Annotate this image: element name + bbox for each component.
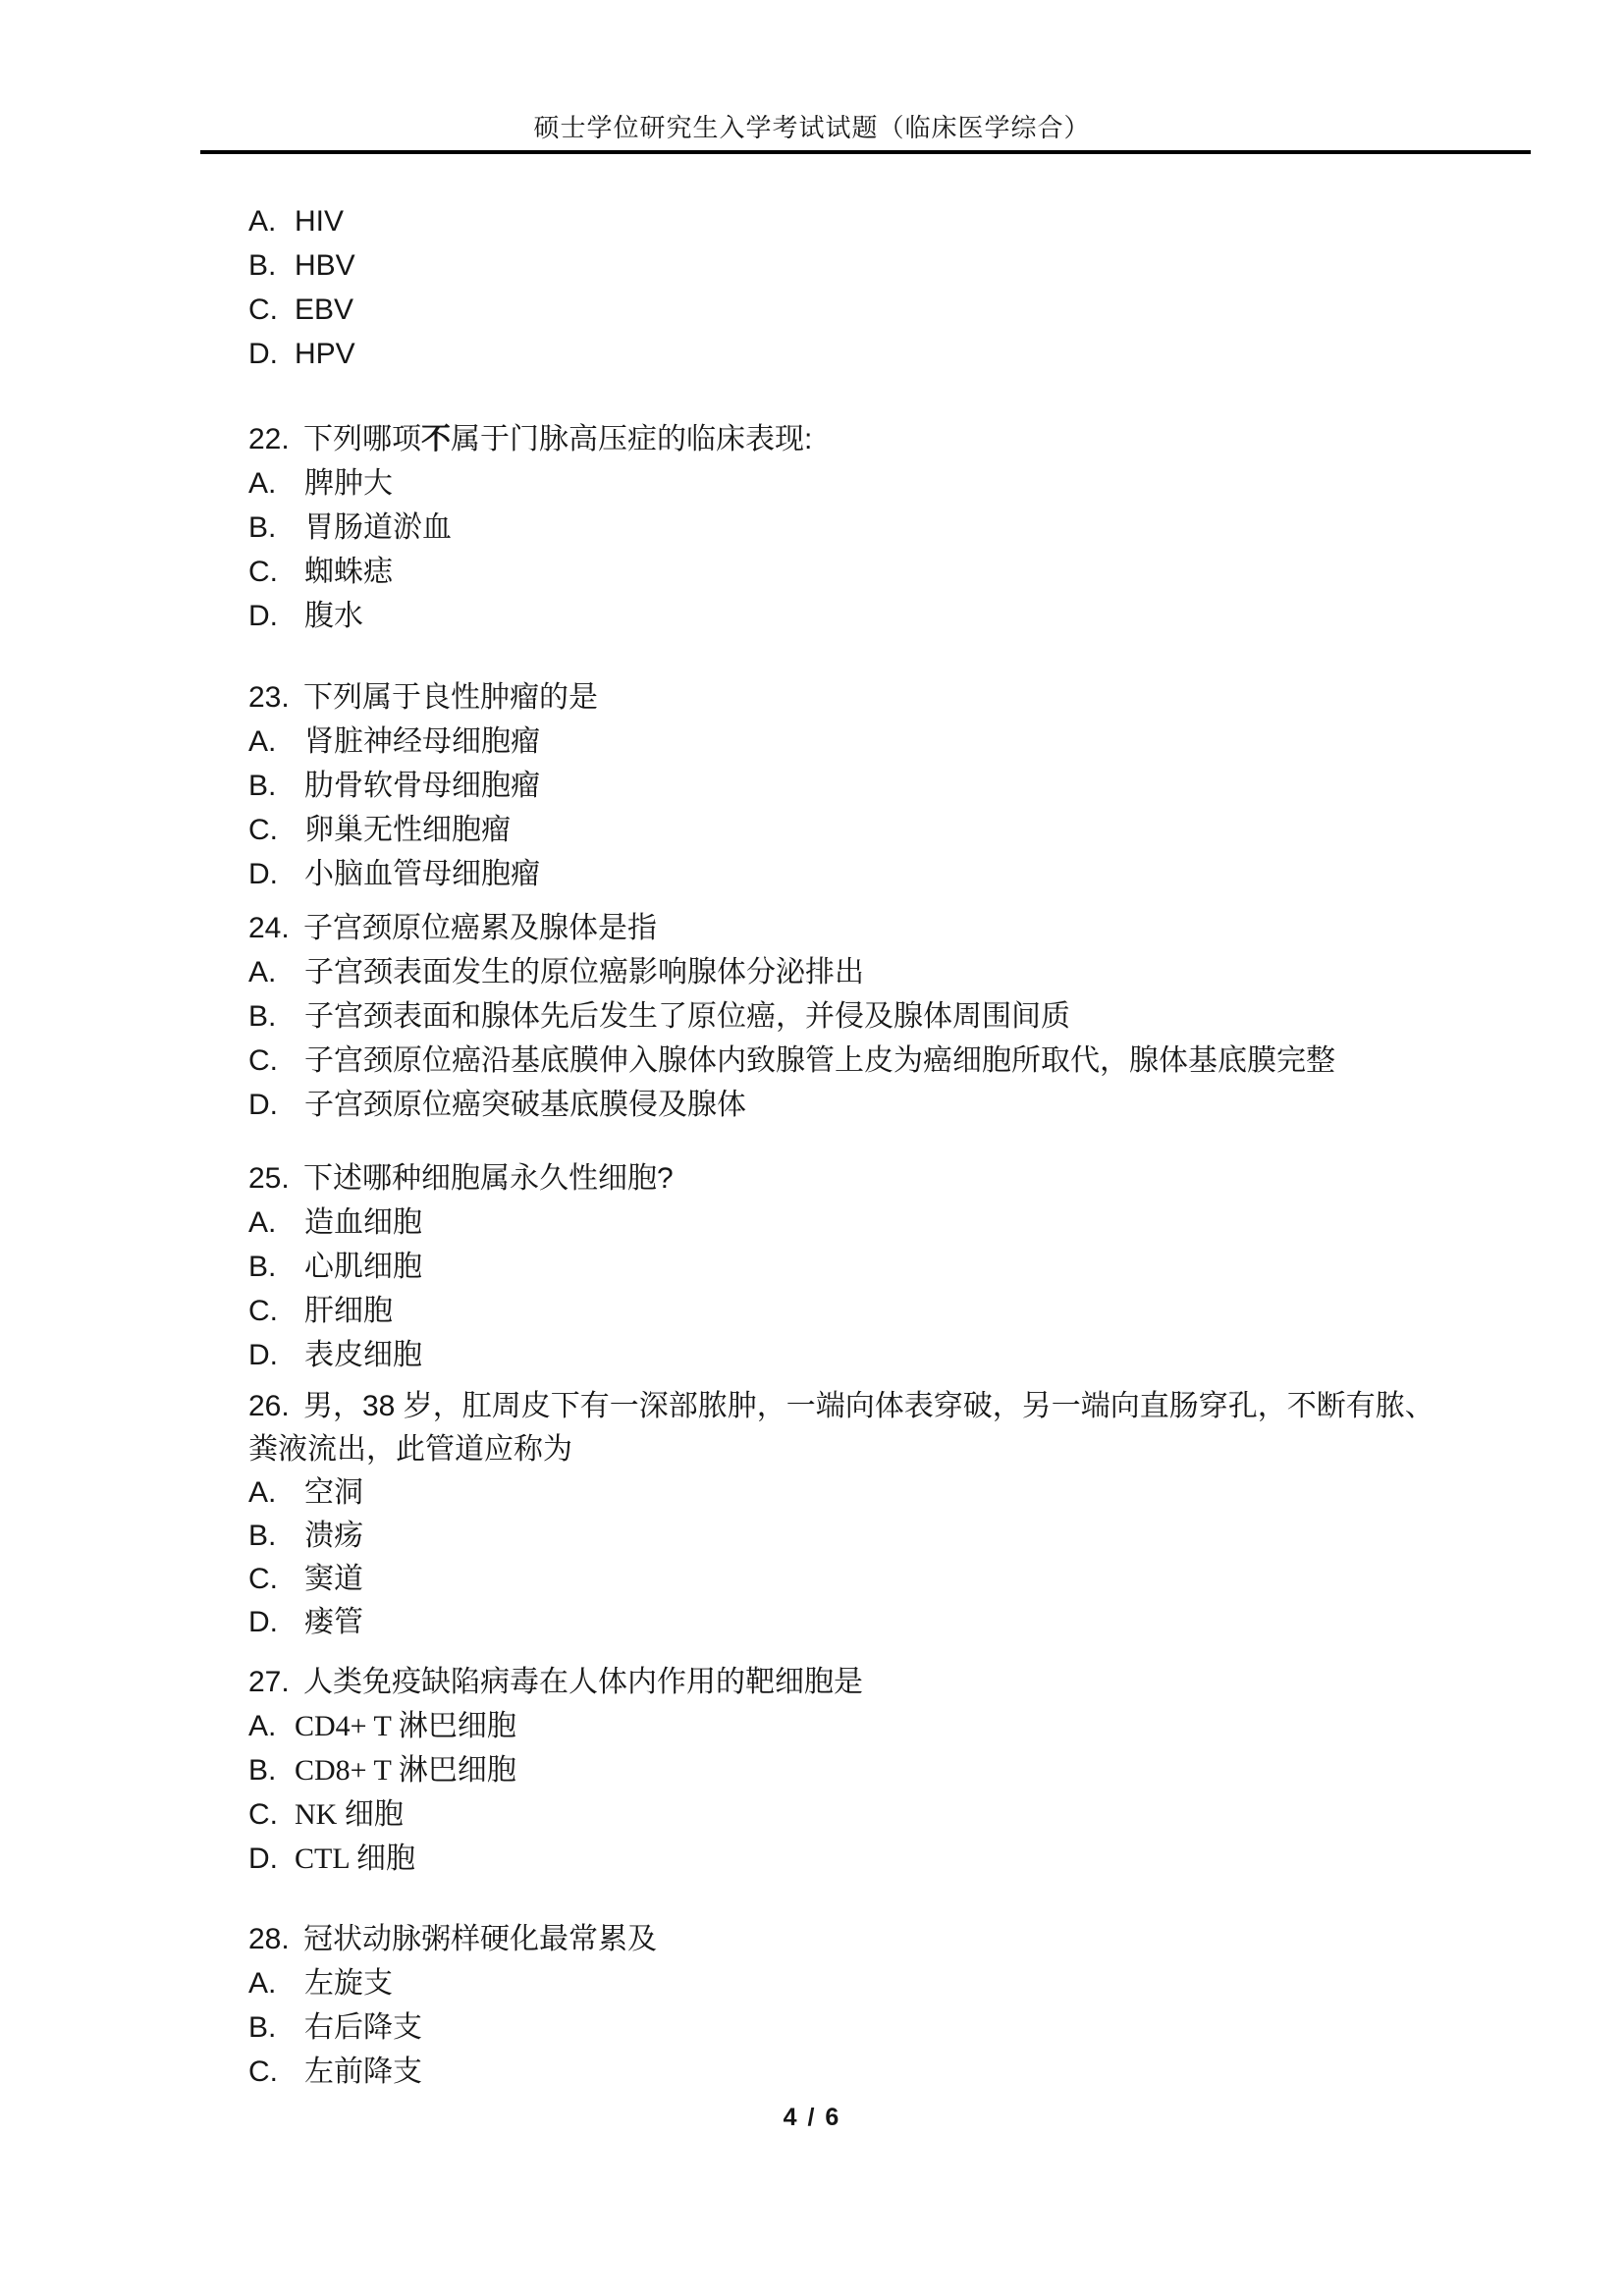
option-text: 肝细胞	[304, 1295, 393, 1327]
option-label: C.	[248, 1792, 295, 1837]
option-label: A.	[248, 950, 304, 994]
question-title: 23.下列属于良性肿瘤的是	[248, 675, 1397, 720]
option-text: 子宫颈原位癌沿基底膜伸入腺体内致腺管上皮为癌细胞所取代，腺体基底膜完整	[304, 1044, 1335, 1077]
option-label: A.	[248, 1961, 304, 2005]
question-title: 25.下述哪种细胞属永久性细胞?	[248, 1156, 1397, 1201]
option-label: C.	[248, 1039, 304, 1083]
option-row: C.卵巢无性细胞瘤	[248, 808, 1397, 852]
option-row: A.空洞	[248, 1471, 1397, 1515]
option-text: CTL 细胞	[295, 1842, 415, 1875]
option-label: D.	[248, 1333, 304, 1377]
option-label: A.	[248, 461, 304, 506]
question-text: 下列哪项	[303, 423, 421, 455]
option-row: B.HBV	[248, 243, 1397, 288]
option-label: C.	[248, 288, 295, 332]
option-label: A.	[248, 199, 295, 243]
option-text: 窦道	[304, 1563, 363, 1595]
option-label: A.	[248, 1704, 295, 1748]
option-label: B.	[248, 506, 304, 550]
option-text: HIV	[295, 205, 344, 238]
question-text: 下列属于良性肿瘤的是	[303, 681, 598, 714]
option-label: B.	[248, 994, 304, 1039]
option-text: 空洞	[304, 1476, 363, 1509]
question-text: 冠状动脉粥样硬化最常累及	[303, 1923, 657, 1955]
option-row: B.肋骨软骨母细胞瘤	[248, 764, 1397, 808]
option-label: B.	[248, 1748, 295, 1792]
option-label: D.	[248, 852, 304, 896]
option-text: 蜘蛛痣	[304, 556, 393, 588]
question-number: 26.	[248, 1385, 303, 1428]
option-label: D.	[248, 1083, 304, 1127]
option-row: C.窦道	[248, 1558, 1397, 1601]
option-label: B.	[248, 1245, 304, 1289]
option-text: 肋骨软骨母细胞瘤	[304, 770, 540, 802]
option-row: B.CD8+ T 淋巴细胞	[248, 1748, 1397, 1792]
question-text: 下述哪种细胞属永久性细胞?	[303, 1162, 674, 1195]
question-26-block: 26.男，38 岁，肛周皮下有一深部脓肿，一端向体表穿破，另一端向直肠穿孔，不断…	[248, 1385, 1397, 1644]
option-row: D.腹水	[248, 594, 1397, 638]
option-row: D.HPV	[248, 332, 1397, 376]
option-text: 子宫颈表面和腺体先后发生了原位癌，并侵及腺体周围间质	[304, 1000, 1070, 1033]
option-label: C.	[248, 808, 304, 852]
option-row: C.子宫颈原位癌沿基底膜伸入腺体内致腺管上皮为癌细胞所取代，腺体基底膜完整	[248, 1039, 1397, 1083]
option-text: 卵巢无性细胞瘤	[304, 814, 511, 846]
page-header-title: 硕士学位研究生入学考试试题（临床医学综合）	[0, 109, 1624, 148]
option-text: NK 细胞	[295, 1798, 404, 1831]
option-text: 脾肿大	[304, 467, 393, 500]
option-text: 子宫颈原位癌突破基底膜侵及腺体	[304, 1089, 746, 1121]
question-24-block: 24.子宫颈原位癌累及腺体是指 A.子宫颈表面发生的原位癌影响腺体分泌排出 B.…	[248, 906, 1397, 1127]
question-title: 24.子宫颈原位癌累及腺体是指	[248, 906, 1397, 950]
question-28-block: 28.冠状动脉粥样硬化最常累及 A.左旋支 B.右后降支 C.左前降支	[248, 1917, 1397, 2094]
option-text: HBV	[295, 249, 355, 282]
option-text: 子宫颈表面发生的原位癌影响腺体分泌排出	[304, 956, 864, 988]
question-number: 22.	[248, 417, 303, 461]
option-label: B.	[248, 243, 295, 288]
header-rule	[200, 150, 1531, 154]
option-row: B.胃肠道淤血	[248, 506, 1397, 550]
option-label: C.	[248, 550, 304, 594]
option-row: A.脾肿大	[248, 461, 1397, 506]
option-text: 小脑血管母细胞瘤	[304, 858, 540, 890]
option-text: 左旋支	[304, 1967, 393, 2000]
option-row: D.瘘管	[248, 1601, 1397, 1644]
question-text: 属于门脉高压症的临床表现:	[451, 423, 812, 455]
option-row: B.心肌细胞	[248, 1245, 1397, 1289]
option-text: HPV	[295, 338, 355, 370]
option-row: A.左旋支	[248, 1961, 1397, 2005]
question-text: 人类免疫缺陷病毒在人体内作用的靶细胞是	[303, 1666, 863, 1698]
option-row: C.EBV	[248, 288, 1397, 332]
option-label: A.	[248, 720, 304, 764]
option-label: D.	[248, 332, 295, 376]
option-label: A.	[248, 1201, 304, 1245]
option-row: A.HIV	[248, 199, 1397, 243]
option-text: EBV	[295, 294, 353, 326]
question-text: 子宫颈原位癌累及腺体是指	[303, 912, 657, 944]
option-text: 腹水	[304, 600, 363, 632]
option-text: 瘘管	[304, 1606, 363, 1638]
option-text: CD4+ T 淋巴细胞	[295, 1710, 516, 1742]
option-row: A.子宫颈表面发生的原位癌影响腺体分泌排出	[248, 950, 1397, 994]
option-row: A.肾脏神经母细胞瘤	[248, 720, 1397, 764]
option-text: 左前降支	[304, 2056, 422, 2088]
option-label: D.	[248, 594, 304, 638]
option-row: B.子宫颈表面和腺体先后发生了原位癌，并侵及腺体周围间质	[248, 994, 1397, 1039]
option-row: C.NK 细胞	[248, 1792, 1397, 1837]
question-text-line2: 粪液流出，此管道应称为	[248, 1433, 572, 1466]
question-number: 27.	[248, 1660, 303, 1704]
option-label: C.	[248, 2050, 304, 2094]
option-text: 胃肠道淤血	[304, 511, 452, 544]
option-text: CD8+ T 淋巴细胞	[295, 1754, 516, 1787]
option-row: B.溃疡	[248, 1515, 1397, 1558]
question-number: 28.	[248, 1917, 303, 1961]
option-label: B.	[248, 764, 304, 808]
question-title: 27.人类免疫缺陷病毒在人体内作用的靶细胞是	[248, 1660, 1397, 1704]
option-label: D.	[248, 1837, 295, 1881]
option-row: C.左前降支	[248, 2050, 1397, 2094]
option-text: 造血细胞	[304, 1206, 422, 1239]
option-label: C.	[248, 1558, 304, 1601]
question-text-line1: 男，38 岁，肛周皮下有一深部脓肿，一端向体表穿破，另一端向直肠穿孔，不断有脓、	[303, 1390, 1435, 1422]
option-row: A.CD4+ T 淋巴细胞	[248, 1704, 1397, 1748]
option-label: D.	[248, 1601, 304, 1644]
option-text: 溃疡	[304, 1520, 363, 1552]
orphan-options-block: A.HIV B.HBV C.EBV D.HPV	[248, 199, 1397, 376]
question-27-block: 27.人类免疫缺陷病毒在人体内作用的靶细胞是 A.CD4+ T 淋巴细胞 B.C…	[248, 1660, 1397, 1881]
exam-page: 硕士学位研究生入学考试试题（临床医学综合） A.HIV B.HBV C.EBV …	[0, 0, 1624, 2296]
option-text: 心肌细胞	[304, 1251, 422, 1283]
option-label: B.	[248, 2005, 304, 2050]
option-label: A.	[248, 1471, 304, 1515]
option-row: C.蜘蛛痣	[248, 550, 1397, 594]
option-label: C.	[248, 1289, 304, 1333]
question-text-emphasis: 不	[421, 423, 451, 455]
option-row: D.CTL 细胞	[248, 1837, 1397, 1881]
question-23-block: 23.下列属于良性肿瘤的是 A.肾脏神经母细胞瘤 B.肋骨软骨母细胞瘤 C.卵巢…	[248, 675, 1397, 896]
option-label: B.	[248, 1515, 304, 1558]
option-text: 表皮细胞	[304, 1339, 422, 1371]
option-row: D.表皮细胞	[248, 1333, 1397, 1377]
question-22-block: 22.下列哪项不属于门脉高压症的临床表现: A.脾肿大 B.胃肠道淤血 C.蜘蛛…	[248, 417, 1397, 638]
option-row: A.造血细胞	[248, 1201, 1397, 1245]
question-number: 24.	[248, 906, 303, 950]
option-text: 右后降支	[304, 2011, 422, 2044]
question-25-block: 25.下述哪种细胞属永久性细胞? A.造血细胞 B.心肌细胞 C.肝细胞 D.表…	[248, 1156, 1397, 1377]
option-row: D.子宫颈原位癌突破基底膜侵及腺体	[248, 1083, 1397, 1127]
option-row: C.肝细胞	[248, 1289, 1397, 1333]
question-title: 28.冠状动脉粥样硬化最常累及	[248, 1917, 1397, 1961]
question-number: 25.	[248, 1156, 303, 1201]
option-row: D.小脑血管母细胞瘤	[248, 852, 1397, 896]
question-title-continuation: 粪液流出，此管道应称为	[248, 1428, 1397, 1471]
option-text: 肾脏神经母细胞瘤	[304, 725, 540, 758]
question-title: 26.男，38 岁，肛周皮下有一深部脓肿，一端向体表穿破，另一端向直肠穿孔，不断…	[248, 1385, 1397, 1428]
option-row: B.右后降支	[248, 2005, 1397, 2050]
question-title: 22.下列哪项不属于门脉高压症的临床表现:	[248, 417, 1397, 461]
page-number: 4 / 6	[0, 2096, 1624, 2140]
question-number: 23.	[248, 675, 303, 720]
